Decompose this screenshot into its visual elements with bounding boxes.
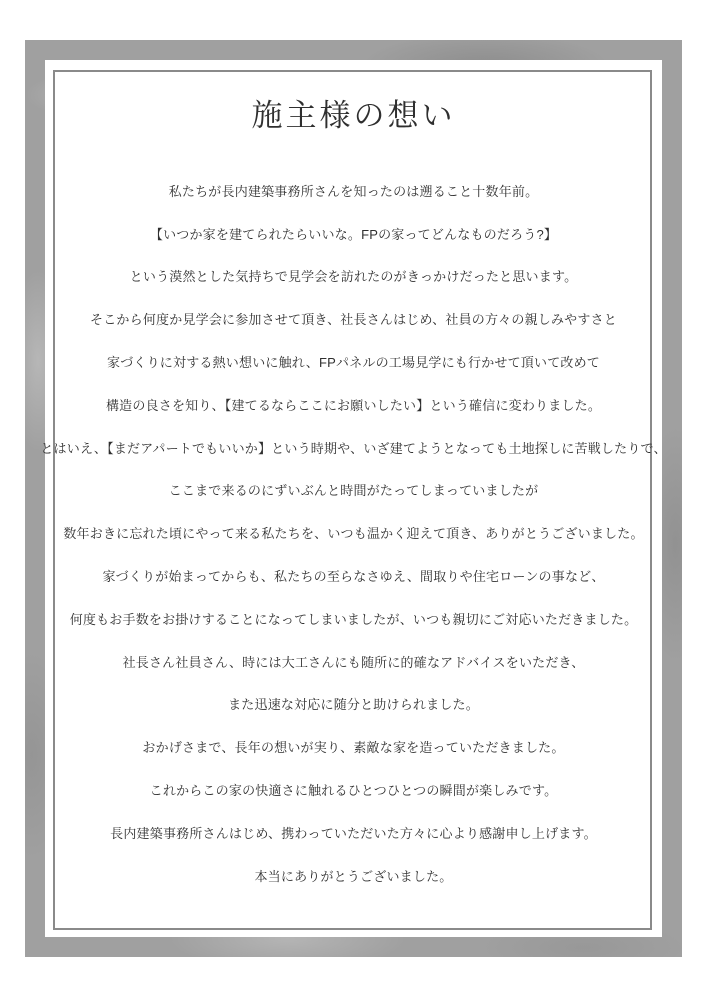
paragraph-line: これからこの家の快適さに触れるひとつひとつの瞬間が楽しみです。	[55, 768, 652, 811]
paragraph-line: 構造の良さを知り、【建てるならここにお願いしたい】という確信に変わりました。	[55, 383, 652, 426]
paragraph-line: 長内建築事務所さんはじめ、携わっていただいた方々に心より感謝申し上げます。	[55, 811, 652, 854]
paragraph-line: 【いつか家を建てられたらいいな。FPの家ってどんなものだろう?】	[55, 212, 652, 255]
paragraph-line: 本当にありがとうございました。	[55, 854, 652, 897]
paragraph-line: 私たちが長内建築事務所さんを知ったのは遡ること十数年前。	[55, 169, 652, 212]
paragraph-line: ここまで来るのにずいぶんと時間がたってしまっていましたが	[55, 469, 652, 512]
paragraph-line: 社長さん社員さん、時には大工さんにも随所に的確なアドバイスをいただき、	[55, 640, 652, 683]
paragraph-line: 家づくりが始まってからも、私たちの至らなさゆえ、間取りや住宅ローンの事など、	[55, 554, 652, 597]
letter-body: 私たちが長内建築事務所さんを知ったのは遡ること十数年前。 【いつか家を建てられた…	[55, 169, 652, 897]
paragraph-line: そこから何度か見学会に参加させて頂き、社長さんはじめ、社員の方々の親しみやすさと	[55, 297, 652, 340]
paragraph-line: おかげさまで、長年の想いが実り、素敵な家を造っていただきました。	[55, 725, 652, 768]
paragraph-line: 家づくりに対する熱い想いに触れ、FPパネルの工場見学にも行かせて頂いて改めて	[55, 340, 652, 383]
letter-page: 施主様の想い 私たちが長内建築事務所さんを知ったのは遡ること十数年前。 【いつか…	[0, 0, 707, 1000]
paragraph-line: という漠然とした気持ちで見学会を訪れたのがきっかけだったと思います。	[55, 255, 652, 298]
paragraph-line: 何度もお手数をお掛けすることになってしまいましたが、いつも親切にご対応いただきま…	[55, 597, 652, 640]
paragraph-line: また迅速な対応に随分と助けられました。	[55, 683, 652, 726]
paragraph-line: 数年おきに忘れた頃にやって来る私たちを、いつも温かく迎えて頂き、ありがとうござい…	[55, 511, 652, 554]
page-title: 施主様の想い	[0, 90, 707, 135]
paragraph-line: とはいえ、【まだアパートでもいいか】という時期や、いざ建てようとなっても土地探し…	[55, 426, 652, 469]
